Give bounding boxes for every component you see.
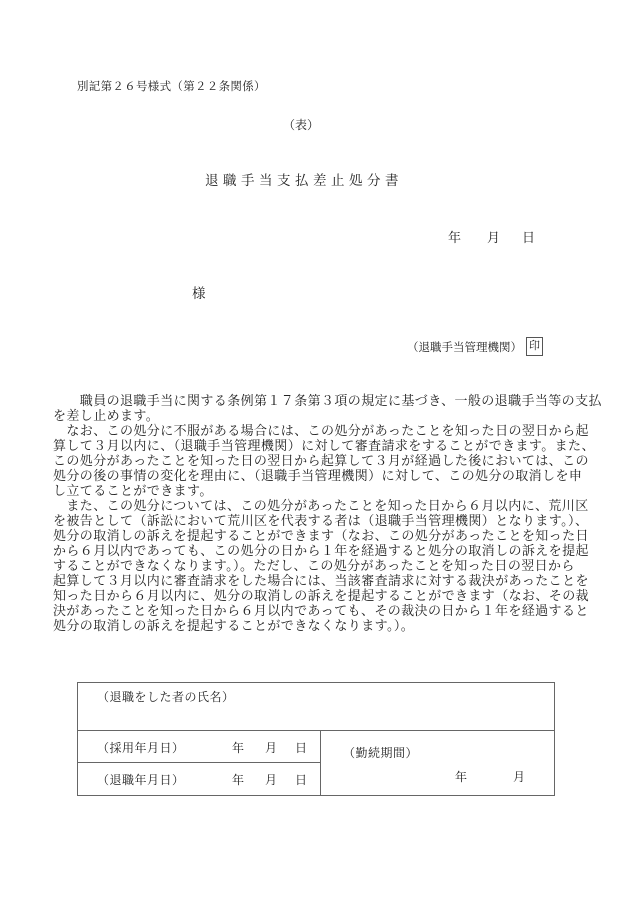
- body-line: を差し止めます。: [53, 408, 608, 423]
- retire-date-label: （退職年月日）: [97, 771, 185, 788]
- service-period-label: （勤続期間）: [343, 744, 418, 761]
- body-text: 職員の退職手当に関する条例第１７条第３項の規定に基づき、一般の退職手当等の支払を…: [53, 393, 608, 633]
- retiree-name-cell: （退職をした者の氏名）: [78, 683, 554, 731]
- hire-date-label: （採用年月日）: [97, 739, 185, 756]
- retire-date-cell: （退職年月日） 年 月 日: [78, 763, 321, 795]
- body-line: また、この処分については、この処分があったことを知った日から６月以内に、荒川区: [53, 498, 608, 513]
- body-line: この処分があったことを知った日の翌日から起算して３月が経過した後においては、この: [53, 453, 608, 468]
- date-day-label: 日: [522, 227, 535, 246]
- page-side-label: （表）: [283, 118, 319, 132]
- hire-date-cell: （採用年月日） 年 月 日: [78, 731, 321, 763]
- body-line: 算して３月以内に、（退職手当管理機関）に対して審査請求をすることができます。また…: [53, 438, 608, 453]
- body-line: 処分の取消しの訴えを提起することができます（なお、この処分があったことを知った日: [53, 528, 608, 543]
- issue-date-line: 年 月 日: [0, 227, 630, 243]
- retire-month-label: 月: [265, 771, 277, 788]
- seal-mark: 印: [526, 337, 543, 356]
- body-line: し立てることができます。: [53, 483, 608, 498]
- body-line: 起算して３月以内に審査請求をした場合には、当該審査請求に対する裁決があったことを: [53, 573, 608, 588]
- body-line: 処分の後の事情の変化を理由に、（退職手当管理機関）に対して、この処分の取消しを申: [53, 468, 608, 483]
- body-line: なお、この処分に不服がある場合には、この処分があったことを知った日の翌日から起: [53, 423, 608, 438]
- body-line: から６月以内であっても、この処分の日から１年を経過すると処分の取消しの訴えを提起: [53, 543, 608, 558]
- hire-day-label: 日: [295, 739, 307, 756]
- body-line: 決があったことを知った日から６月以内であっても、その裁決の日から１年を経過すると: [53, 603, 608, 618]
- body-line: 処分の取消しの訴えを提起することができなくなります。）。: [53, 618, 608, 633]
- seal-character: 印: [529, 340, 540, 352]
- date-month-label: 月: [487, 227, 500, 246]
- retire-day-label: 日: [295, 771, 307, 788]
- issuer-line: （退職手当管理機関） 印: [407, 339, 522, 355]
- service-month-label: 月: [513, 768, 525, 785]
- personal-info-table: （退職をした者の氏名） （採用年月日） 年 月 日 （退職年月日） 年 月 日 …: [77, 682, 555, 796]
- addressee-honorific: 様: [192, 282, 206, 302]
- body-line: することができなくなります。）。ただし、この処分があったことを知った日の翌日から: [53, 558, 608, 573]
- body-line: を被告として（訴訟において荒川区を代表する者は（退職手当管理機関）となります。）…: [53, 513, 608, 528]
- date-year-label: 年: [448, 227, 461, 246]
- document-title: 退職手当支払差止処分書: [205, 173, 403, 188]
- form-number-line: 別記第２６号様式（第２２条関係）: [77, 78, 266, 94]
- retiree-name-label: （退職をした者の氏名）: [97, 688, 235, 705]
- body-line: 職員の退職手当に関する条例第１７条第３項の規定に基づき、一般の退職手当等の支払: [53, 393, 608, 408]
- retire-year-label: 年: [232, 771, 244, 788]
- service-year-label: 年: [455, 768, 467, 785]
- hire-month-label: 月: [265, 739, 277, 756]
- body-line: 知った日から６月以内に、処分の取消しの訴えを提起することができます（なお、その裁: [53, 588, 608, 603]
- hire-year-label: 年: [232, 739, 244, 756]
- page-side-label-row: （表）: [0, 116, 602, 133]
- document-page: { "document": { "form_number_line": "別記第…: [0, 0, 630, 903]
- service-period-cell: （勤続期間） 年 月: [321, 731, 554, 795]
- document-title-row: 退職手当支払差止処分書: [0, 169, 608, 190]
- issuer-name: （退職手当管理機関）: [407, 342, 522, 354]
